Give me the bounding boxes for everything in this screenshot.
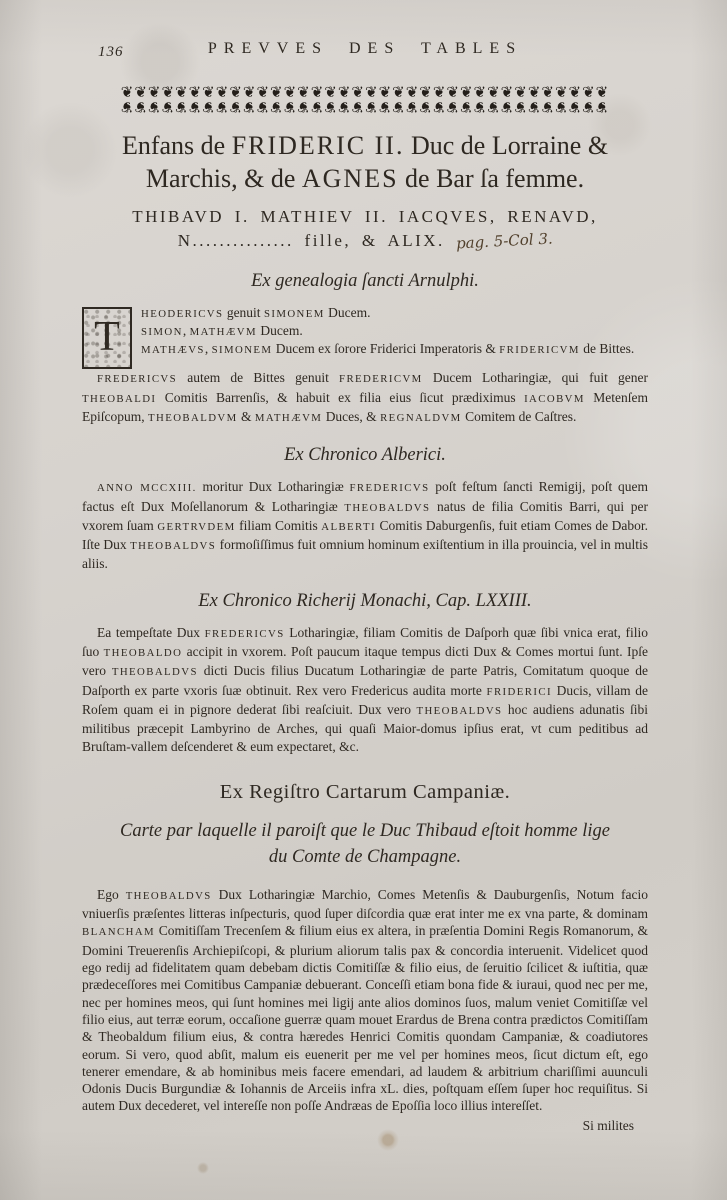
- genealogy-line: HEODERICVS genuit SIMONEM Ducem.: [82, 305, 648, 323]
- paragraph-ea-tempestate: Ea tempeſtate Dux FREDERICVS Lotharingiæ…: [82, 624, 648, 755]
- children-line2-text: N............... fille, & ALIX.: [178, 231, 445, 250]
- book-page: 136 PREVVES DES TABLES ❦❦❦❦❦❦❦❦❦❦❦❦❦❦❦❦❦…: [0, 0, 727, 1200]
- genealogy-line: SIMON, MATHÆVM Ducem.: [82, 323, 648, 341]
- children-line2: N............... fille, & ALIX. pag. 5-C…: [82, 229, 648, 253]
- catchword: Si milites: [82, 1118, 648, 1134]
- subheading-carte: Carte par laquelle il paroiſt que le Duc…: [82, 818, 648, 870]
- children-list: THIBAVD I. MATHIEV II. IACQVES, RENAVD, …: [82, 205, 648, 253]
- paragraph-fredericus: FREDERICVS autem de Bittes genuit FREDER…: [82, 369, 648, 427]
- genealogy-block: T HEODERICVS genuit SIMONEM Ducem. SIMON…: [82, 305, 648, 358]
- text-block: 136 PREVVES DES TABLES ❦❦❦❦❦❦❦❦❦❦❦❦❦❦❦❦❦…: [82, 0, 648, 1134]
- subheading-carte-line1: Carte par laquelle il paroiſt que le Duc…: [82, 818, 648, 844]
- ornament-band: ❦❦❦❦❦❦❦❦❦❦❦❦❦❦❦❦❦❦❦❦❦❦❦❦❦❦❦❦❦❦❦❦❦❦❦❦ ❦❦❦…: [82, 86, 648, 113]
- genealogy-line: MATHÆVS, SIMONEM Ducem ex ſorore Frideri…: [82, 341, 648, 359]
- paragraph-ego: Ego THEOBALDVS Dux Lotharingiæ Marchio, …: [82, 886, 648, 1115]
- section-heading-richerij: Ex Chronico Richerij Monachi, Cap. LXXII…: [82, 591, 648, 612]
- page-number: 136: [98, 44, 124, 61]
- chapter-title-line1: Enfans de FRIDERIC II. Duc de Lorraine &: [82, 129, 648, 162]
- page-header: 136 PREVVES DES TABLES: [82, 38, 648, 62]
- paragraph-anno: ANNO MCCXIII. moritur Dux Lotharingiæ FR…: [82, 478, 648, 572]
- running-header: PREVVES DES TABLES: [82, 38, 648, 58]
- handwritten-annotation: pag. 5-Col 3.: [455, 226, 553, 255]
- dropcap-initial: T: [82, 307, 132, 369]
- section-heading-registro: Ex Regiſtro Cartarum Campaniæ.: [82, 781, 648, 804]
- subheading-carte-line2: du Comte de Champagne.: [82, 844, 648, 870]
- children-line1: THIBAVD I. MATHIEV II. IACQVES, RENAVD,: [82, 205, 648, 229]
- ornament-row-bottom: ❦❦❦❦❦❦❦❦❦❦❦❦❦❦❦❦❦❦❦❦❦❦❦❦❦❦❦❦❦❦❦❦❦❦❦❦: [82, 99, 648, 113]
- section-heading-alberici: Ex Chronico Alberici.: [82, 445, 648, 466]
- section-heading-genealogia: Ex genealogia ſancti Arnulphi.: [82, 271, 648, 292]
- chapter-title-line2: Marchis, & de AGNES de Bar ſa femme.: [82, 162, 648, 195]
- chapter-title: Enfans de FRIDERIC II. Duc de Lorraine &…: [82, 129, 648, 195]
- ornament-row-top: ❦❦❦❦❦❦❦❦❦❦❦❦❦❦❦❦❦❦❦❦❦❦❦❦❦❦❦❦❦❦❦❦❦❦❦❦: [82, 86, 648, 100]
